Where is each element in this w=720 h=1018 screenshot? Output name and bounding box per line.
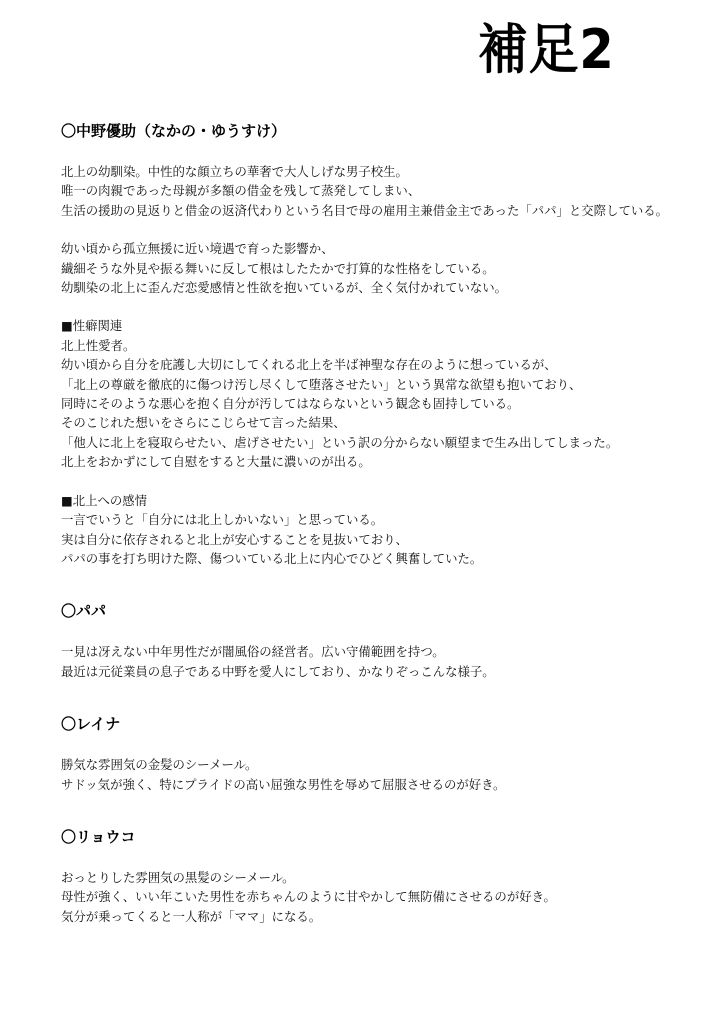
section-heading: 〇パパ [61,600,701,622]
section-heading: 〇レイナ [61,713,701,735]
text-line: 幼馴染の北上に歪んだ恋愛感情と性欲を抱いているが、全く気付かれていない。 [61,278,701,297]
section-reina: 〇レイナ 勝気な雰囲気の金髪のシーメール。 サドッ気が強く、特にプライドの高い屈… [61,713,701,794]
text-line: パパの事を打ち明けた際、傷ついている北上に内心でひどく興奮していた。 [61,549,701,568]
text-line: 生活の援助の見返りと借金の返済代わりという名目で母の雇用主兼借金主であった「パパ… [61,201,701,220]
section-nakano: 〇中野優助（なかの・ゆうすけ） 北上の幼馴染。中性的な顔立ちの華奢で大人しげな男… [61,120,701,568]
document-body: 〇中野優助（なかの・ゆうすけ） 北上の幼馴染。中性的な顔立ちの華奢で大人しげな男… [61,120,701,926]
text-line: 幼い頃から自分を庇護し大切にしてくれる北上を半ば神聖な存在のように想っているが、 [61,355,701,374]
text-line: 幼い頃から孤立無援に近い境遇で育った影響か、 [61,239,701,258]
text-line: サドッ気が強く、特にプライドの高い屈強な男性を辱めて屈服させるのが好き。 [61,775,701,794]
text-line: 母性が強く、いい年こいた男性を赤ちゃんのように甘やかして無防備にさせるのが好き。 [61,887,701,906]
section-papa: 〇パパ 一見は冴えない中年男性だが闇風俗の経営者。広い守備範囲を持つ。 最近は元… [61,600,701,681]
text-line: 「他人に北上を寝取らせたい、虐げさせたい」という訳の分からない願望まで生み出して… [61,433,701,452]
text-line: 唯一の肉親であった母親が多額の借金を残して蒸発してしまい、 [61,181,701,200]
text-line: 実は自分に依存されると北上が安心することを見抜いており、 [61,530,701,549]
subsection-heading: ■性癖関連 [61,316,701,335]
text-line: 「北上の尊厳を徹底的に傷つけ汚し尽くして堕落させたい」という異常な欲望も抱いてお… [61,375,701,394]
text-line: 気分が乗ってくると一人称が「ママ」になる。 [61,907,701,926]
text-line: 北上性愛者。 [61,336,701,355]
intro-paragraph: 北上の幼馴染。中性的な顔立ちの華奢で大人しげな男子校生。 唯一の肉親であった母親… [61,162,701,220]
text-line: 北上の幼馴染。中性的な顔立ちの華奢で大人しげな男子校生。 [61,162,701,181]
text-line: 一言でいうと「自分には北上しかいない」と思っている。 [61,510,701,529]
background-paragraph: 幼い頃から孤立無援に近い境遇で育った影響か、 繊細そうな外見や振る舞いに反して根… [61,239,701,297]
section-ryouko: 〇リョウコ おっとりした雰囲気の黒髪のシーメール。 母性が強く、いい年こいた男性… [61,826,701,926]
text-line: 繊細そうな外見や振る舞いに反して根はしたたかで打算的な性格をしている。 [61,259,701,278]
text-line: 一見は冴えない中年男性だが闇風俗の経営者。広い守備範囲を持つ。 [61,642,701,661]
subsection-fetish: ■性癖関連 北上性愛者。 幼い頃から自分を庇護し大切にしてくれる北上を半ば神聖な… [61,316,701,471]
text-line: 最近は元従業員の息子である中野を愛人にしており、かなりぞっこんな様子。 [61,662,701,681]
text-line: 北上をおかずにして自慰をすると大量に濃いのが出る。 [61,452,701,471]
subsection-feelings: ■北上への感情 一言でいうと「自分には北上しかいない」と思っている。 実は自分に… [61,491,701,569]
page-title: 補足2 [478,18,615,82]
text-line: そのこじれた想いをさらにこじらせて言った結果、 [61,413,701,432]
text-line: 勝気な雰囲気の金髪のシーメール。 [61,755,701,774]
text-line: 同時にそのような悪心を抱く自分が汚してはならないという観念も固持している。 [61,394,701,413]
subsection-heading: ■北上への感情 [61,491,701,510]
section-heading: 〇リョウコ [61,826,701,848]
text-line: おっとりした雰囲気の黒髪のシーメール。 [61,868,701,887]
section-heading: 〇中野優助（なかの・ゆうすけ） [61,120,701,142]
